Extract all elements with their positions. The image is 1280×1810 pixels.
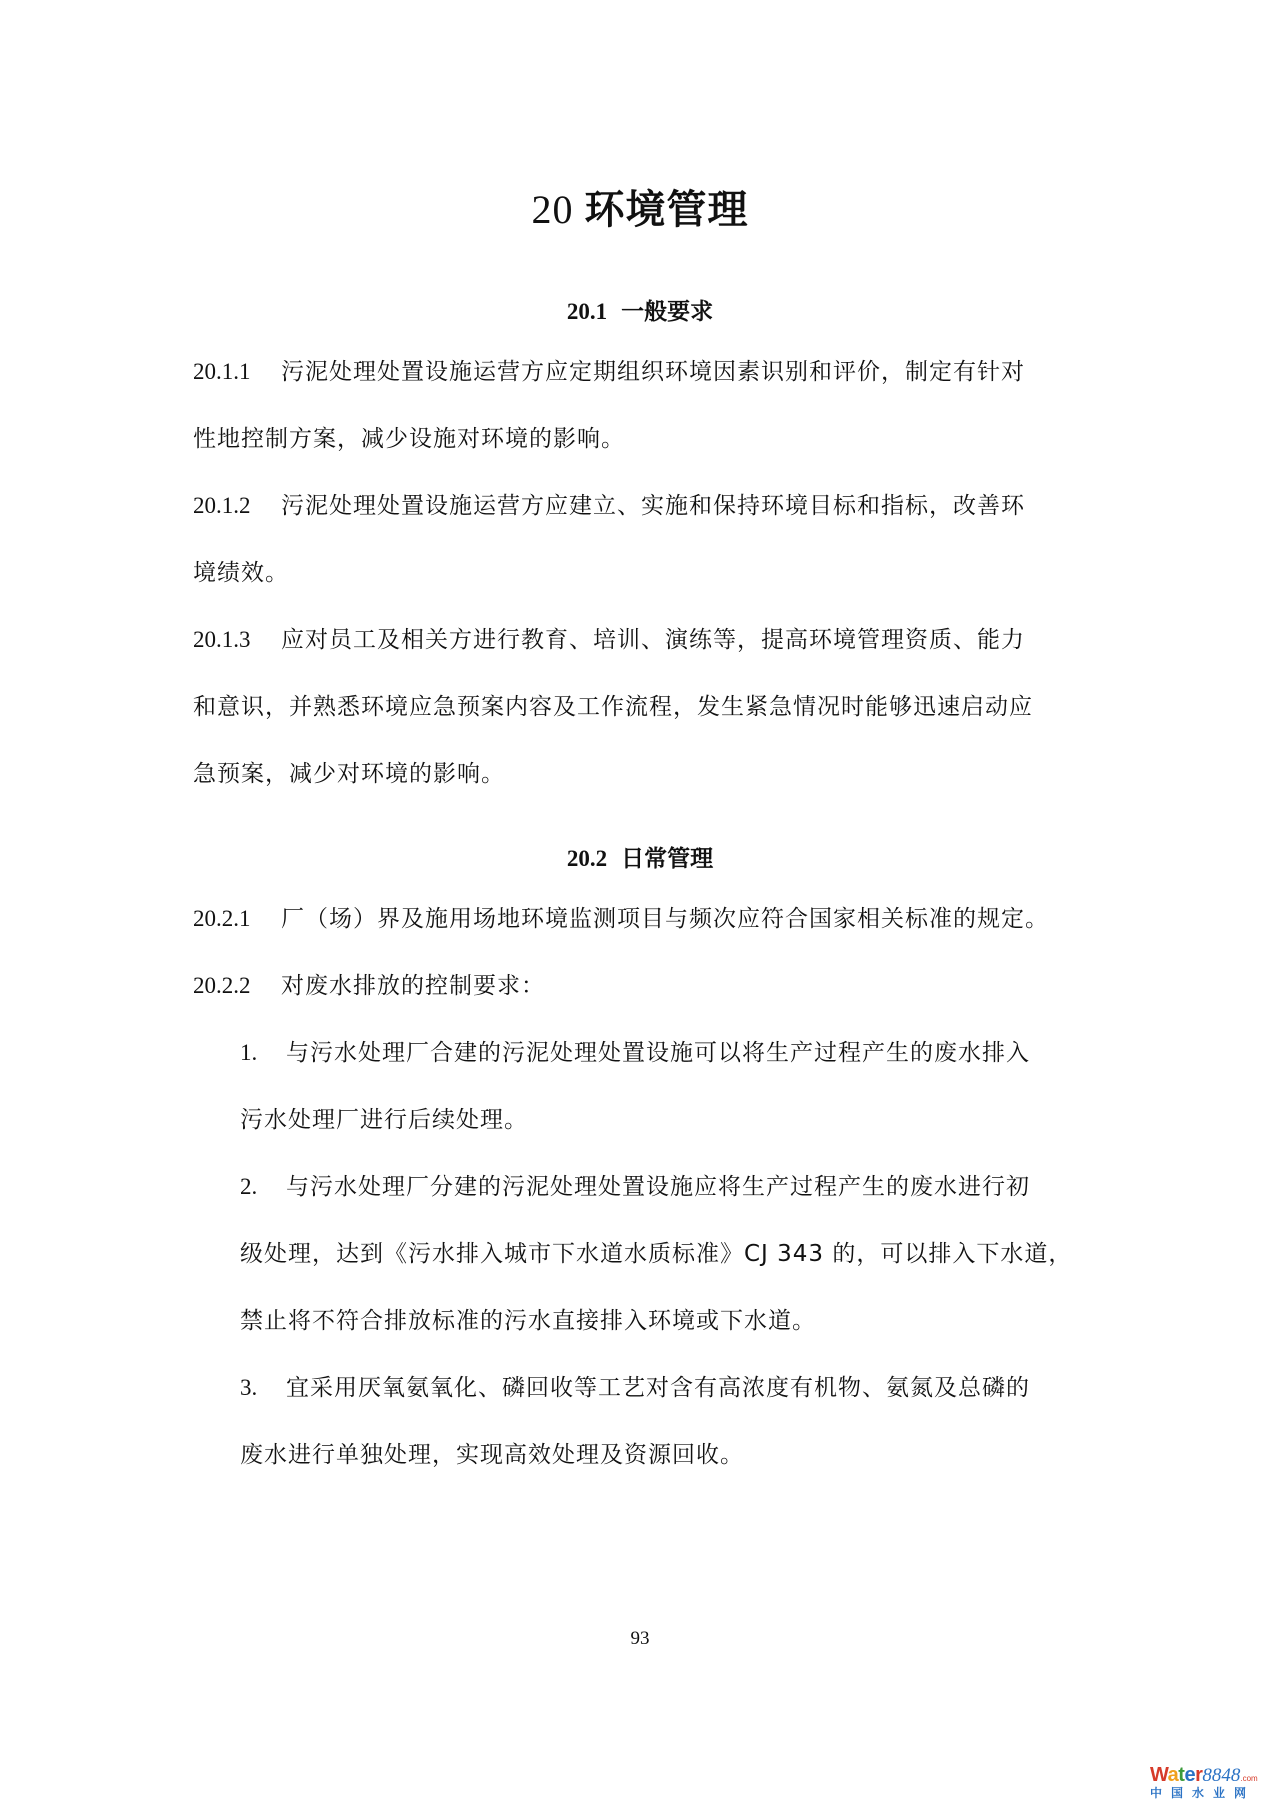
clause-text: 境绩效。 [193,560,289,586]
list-item-2-cont1: 级处理，达到《污水排入城市下水道水质标准》CJ 343 的，可以排入下水道， [240,1235,1072,1268]
clause-20-2-1: 20.2.1厂（场）界及施用场地环境监测项目与频次应符合国家相关标准的规定。 [193,900,1049,933]
list-number: 1. [240,1040,286,1066]
logo-letter: W [1150,1764,1168,1786]
clause-20-1-3-cont1: 和意识，并熟悉环境应急预案内容及工作流程，发生紧急情况时能够迅速启动应 [193,688,1033,721]
clause-text: 污泥处理处置设施运营方应定期组织环境因素识别和评价，制定有针对 [281,359,1025,385]
list-text: 与污水处理厂分建的污泥处理处置设施应将生产过程产生的废水进行初 [286,1174,1030,1200]
section-number: 20.1 [567,299,607,324]
clause-20-1-3-cont2: 急预案，减少对环境的影响。 [193,755,505,788]
list-text: 污水处理厂进行后续处理。 [240,1107,528,1133]
section-title: 日常管理 [621,845,713,871]
chapter-number: 20 [532,187,574,232]
logo-letter: e [1184,1764,1195,1786]
clause-text: 性地控制方案，减少设施对环境的影响。 [193,426,625,452]
list-text: 宜采用厌氧氨氧化、磷回收等工艺对含有高浓度有机物、氨氮及总磷的 [286,1375,1030,1401]
clause-text: 对废水排放的控制要求： [281,973,545,999]
clause-id: 20.1.3 [193,627,281,653]
section-heading-20-2: 20.2日常管理 [0,840,1280,873]
logo-suffix: .com [1240,1774,1257,1783]
chapter-title: 20 环境管理 [0,178,1280,235]
list-number: 3. [240,1375,286,1401]
clause-text: 急预案，减少对环境的影响。 [193,761,505,787]
watermark-logo: Water8848.com 中国水业网 [1150,1764,1280,1808]
list-item-3: 3.宜采用厌氧氨氧化、磷回收等工艺对含有高浓度有机物、氨氮及总磷的 [240,1369,1030,1402]
clause-text: 应对员工及相关方进行教育、培训、演练等，提高环境管理资质、能力 [281,627,1025,653]
chapter-title-text: 环境管理 [585,187,749,232]
clause-20-1-3: 20.1.3应对员工及相关方进行教育、培训、演练等，提高环境管理资质、能力 [193,621,1025,654]
list-text: 级处理，达到《污水排入城市下水道水质标准》CJ 343 的，可以排入下水道， [240,1241,1072,1267]
clause-20-1-2-cont: 境绩效。 [193,554,289,587]
clause-20-2-2: 20.2.2对废水排放的控制要求： [193,967,545,1000]
clause-20-1-2: 20.1.2污泥处理处置设施运营方应建立、实施和保持环境目标和指标，改善环 [193,487,1025,520]
clause-id: 20.1.1 [193,359,281,385]
list-text: 与污水处理厂合建的污泥处理处置设施可以将生产过程产生的废水排入 [286,1040,1030,1066]
list-item-2: 2.与污水处理厂分建的污泥处理处置设施应将生产过程产生的废水进行初 [240,1168,1030,1201]
section-title: 一般要求 [621,298,713,324]
clause-text: 和意识，并熟悉环境应急预案内容及工作流程，发生紧急情况时能够迅速启动应 [193,694,1033,720]
clause-20-1-1-cont: 性地控制方案，减少设施对环境的影响。 [193,420,625,453]
list-number: 2. [240,1174,286,1200]
clause-id: 20.2.2 [193,973,281,999]
clause-20-1-1: 20.1.1污泥处理处置设施运营方应定期组织环境因素识别和评价，制定有针对 [193,353,1025,386]
logo-digits: 8848 [1202,1765,1240,1786]
list-item-1-cont: 污水处理厂进行后续处理。 [240,1101,528,1134]
page-number: 93 [0,1628,1280,1650]
list-text: 废水进行单独处理，实现高效处理及资源回收。 [240,1442,744,1468]
list-text: 禁止将不符合排放标准的污水直接排入环境或下水道。 [240,1308,816,1334]
section-heading-20-1: 20.1一般要求 [0,293,1280,326]
list-item-2-cont2: 禁止将不符合排放标准的污水直接排入环境或下水道。 [240,1302,816,1335]
clause-text: 污泥处理处置设施运营方应建立、实施和保持环境目标和指标，改善环 [281,493,1025,519]
logo-letter: a [1168,1764,1179,1786]
clause-id: 20.1.2 [193,493,281,519]
clause-id: 20.2.1 [193,906,281,932]
clause-text: 厂（场）界及施用场地环境监测项目与频次应符合国家相关标准的规定。 [281,906,1049,932]
logo-chinese-name: 中国水业网 [1150,1784,1280,1801]
document-page: 20 环境管理 20.1一般要求 20.1.1污泥处理处置设施运营方应定期组织环… [0,0,1280,1810]
list-item-1: 1.与污水处理厂合建的污泥处理处置设施可以将生产过程产生的废水排入 [240,1034,1030,1067]
section-number: 20.2 [567,846,607,871]
list-item-3-cont: 废水进行单独处理，实现高效处理及资源回收。 [240,1436,744,1469]
